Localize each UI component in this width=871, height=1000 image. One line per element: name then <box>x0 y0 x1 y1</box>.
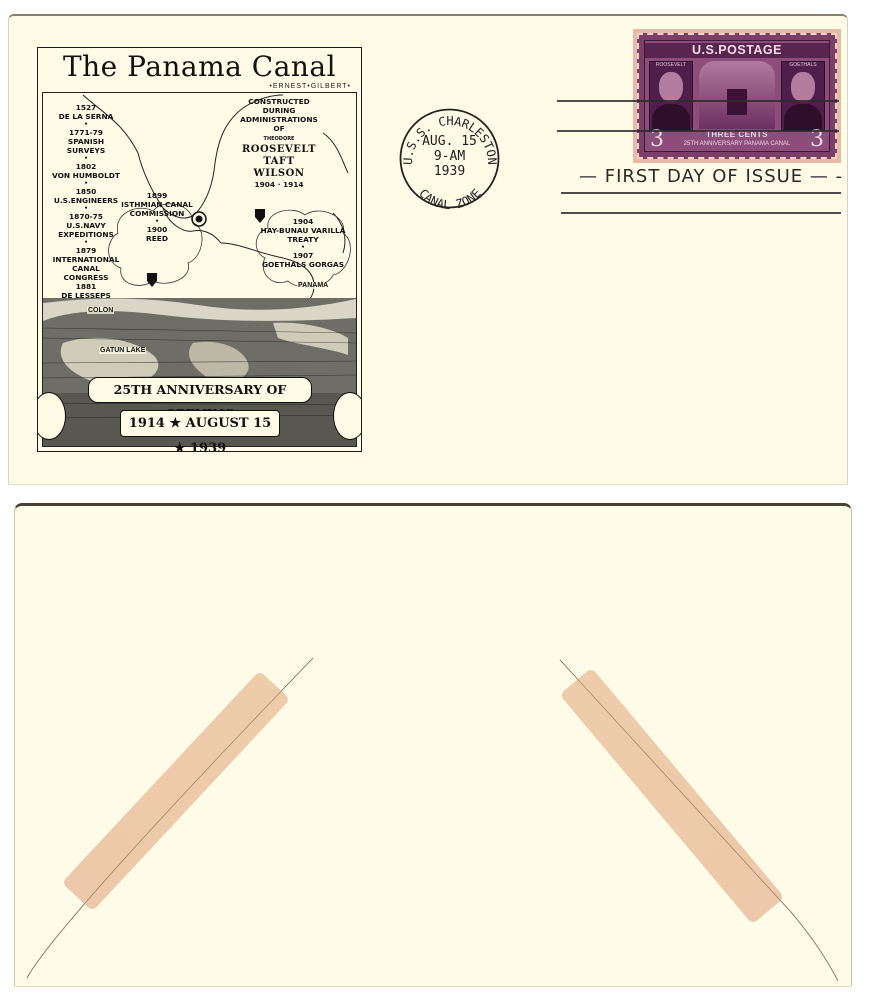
chronology-right: 1904 HAY-BUNAU VARILLA TREATY• 1907 GOET… <box>259 217 347 269</box>
stamp-frame: U.S.POSTAGE ROOSEVELT GOETHALS 3 3 THREE… <box>644 40 830 152</box>
year-label: 1771-79 <box>69 128 103 137</box>
date-banner: 1914 ★ AUGUST 15 ★ 1939 <box>120 410 280 437</box>
svg-text:CANAL ZONE: CANAL ZONE <box>416 186 484 210</box>
event-label: SPANISH SURVEYS <box>67 137 105 155</box>
event-label: U.S.NAVY EXPEDITIONS <box>58 221 114 239</box>
years-label: 1904 · 1914 <box>254 180 303 189</box>
event-label: ISTHMIAN CANAL COMMISSION <box>121 200 193 218</box>
place-label-colon: COLON <box>87 307 114 314</box>
event-label: GOETHALS GORGAS <box>262 260 344 269</box>
president-name: ROOSEVELT <box>242 144 316 155</box>
year-label: 1904 <box>293 217 314 226</box>
event-label: INTERNATIONAL CANAL CONGRESS <box>53 255 120 282</box>
first-day-cancel-slogan: — FIRST DAY OF ISSUE — - <box>579 166 843 187</box>
postage-stamp: U.S.POSTAGE ROOSEVELT GOETHALS 3 3 THREE… <box>637 33 837 159</box>
stamp-header: U.S.POSTAGE <box>645 43 829 58</box>
year-label: 1899 <box>147 191 168 200</box>
cachet: The Panama Canal •ERNEST•GILBERT• <box>37 47 362 452</box>
caption-line: OF <box>273 124 284 133</box>
event-label: HAY-BUNAU VARILLA TREATY <box>261 226 346 244</box>
face <box>791 72 815 102</box>
portrait-name: GOETHALS <box>782 62 824 68</box>
envelope-back <box>14 503 852 987</box>
caption-line: DURING <box>263 106 296 115</box>
envelope-front: The Panama Canal •ERNEST•GILBERT• <box>8 14 848 485</box>
portrait-roosevelt: ROOSEVELT <box>649 61 693 131</box>
place-label-panama: PANAMA <box>297 282 329 289</box>
event-label: DE LA SERNA <box>59 112 114 121</box>
administrations-block: CONSTRUCTED DURING ADMINISTRATIONS OF TH… <box>233 97 325 189</box>
artist-signature: •ERNEST•GILBERT• <box>269 83 351 90</box>
caption-line: CONSTRUCTED <box>248 97 310 106</box>
postmark-time: 9-AM <box>398 149 501 164</box>
caption-line: ADMINISTRATIONS <box>240 115 318 124</box>
flap-outlines <box>15 506 851 986</box>
year-label: 1870-75 <box>69 212 103 221</box>
president-name: TAFT <box>263 156 294 167</box>
ship-icon <box>727 89 747 115</box>
portrait-goethals: GOETHALS <box>781 61 825 131</box>
scroll-ornament-right <box>333 392 362 440</box>
cancel-line <box>561 212 841 214</box>
face <box>659 72 683 102</box>
postmark-date-block: AUG. 15 9-AM 1939 <box>398 134 501 179</box>
year-label: 1527 <box>76 103 97 112</box>
year-label: 1907 <box>293 251 314 260</box>
cancel-line <box>557 130 839 132</box>
ship-scene <box>699 61 775 129</box>
event-label: VON HUMBOLDT <box>52 171 120 180</box>
event-label: DE LESSEPS <box>61 291 111 300</box>
place-label-gatun-lake: GATUN LAKE <box>99 347 146 354</box>
cancel-line <box>557 100 839 102</box>
portrait-name: ROOSEVELT <box>650 62 692 68</box>
anniversary-banner: 25TH ANNIVERSARY OF OPENING <box>88 377 312 403</box>
year-label: 1900 <box>147 225 168 234</box>
stamp-caption: 25TH ANNIVERSARY PANAMA CANAL <box>645 141 829 147</box>
year-label: 1879 <box>76 246 97 255</box>
cachet-title: The Panama Canal <box>38 50 361 83</box>
event-label: REED <box>146 234 168 243</box>
caption-line: THEODORE <box>264 136 295 142</box>
postmark: U.S.S. CHARLESTON CANAL ZONE AUG. 15 9-A… <box>398 107 501 210</box>
event-label: U.S.ENGINEERS <box>54 196 118 205</box>
postmark-year: 1939 <box>398 164 501 179</box>
year-label: 1881 <box>76 282 97 291</box>
chronology-center: 1899 ISTHMIAN CANAL COMMISSION• 1900 REE… <box>121 191 193 243</box>
president-name: WILSON <box>253 168 304 179</box>
cancel-line <box>561 192 841 194</box>
year-label: 1850 <box>76 187 97 196</box>
chronology-left: 1527 DE LA SERNA• 1771-79 SPANISH SURVEY… <box>49 103 123 300</box>
year-label: 1802 <box>76 162 97 171</box>
postmark-date: AUG. 15 <box>398 134 501 149</box>
